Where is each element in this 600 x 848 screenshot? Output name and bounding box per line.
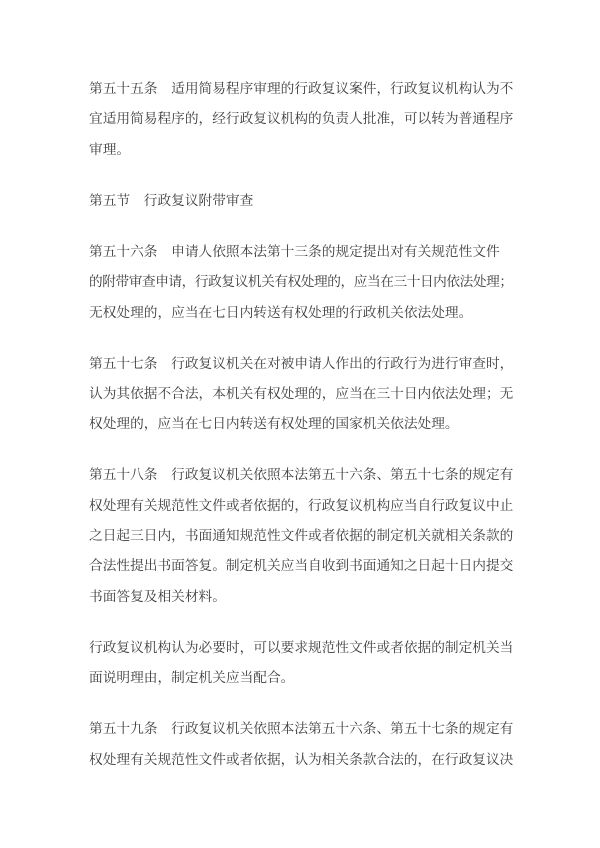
text-line: 无权处理的，应当在七日内转送有权处理的行政机关依法处理。: [89, 298, 513, 328]
text-line: 权处理有关规范性文件或者依据的，行政复议机构应当自行政复议中止: [89, 491, 513, 521]
section-heading-text: 第五节 行政复议附带审查: [89, 186, 513, 216]
text-line: 权处理有关规范性文件或者依据，认为相关条款合法的，在行政复议决: [89, 745, 513, 775]
text-line: 审理。: [89, 135, 513, 165]
article-57-paragraph: 第五十七条 行政复议机关在对被申请人作出的行政行为进行审查时， 认为其依据不合法…: [89, 349, 513, 440]
text-line: 行政复议机构认为必要时，可以要求规范性文件或者依据的制定机关当: [89, 633, 513, 663]
section-5-heading: 第五节 行政复议附带审查: [89, 186, 513, 216]
text-line: 的附带审查申请，行政复议机关有权处理的，应当在三十日内依法处理；: [89, 267, 513, 297]
text-line: 宜适用简易程序的，经行政复议机构的负责人批准，可以转为普通程序: [89, 104, 513, 134]
text-line: 合法性提出书面答复。制定机关应当自收到书面通知之日起十日内提交: [89, 551, 513, 581]
article-58-paragraph-2: 行政复议机构认为必要时，可以要求规范性文件或者依据的制定机关当 面说明理由，制定…: [89, 633, 513, 694]
document-page: 第五十五条 适用简易程序审理的行政复议案件，行政复议机构认为不 宜适用简易程序的…: [0, 0, 600, 848]
text-line: 面说明理由，制定机关应当配合。: [89, 663, 513, 693]
article-59-paragraph: 第五十九条 行政复议机关依照本法第五十六条、第五十七条的规定有 权处理有关规范性…: [89, 714, 513, 775]
text-line: 之日起三日内，书面通知规范性文件或者依据的制定机关就相关条款的: [89, 521, 513, 551]
article-56-paragraph: 第五十六条 申请人依照本法第十三条的规定提出对有关规范性文件 的附带审查申请，行…: [89, 237, 513, 328]
article-58-paragraph-1: 第五十八条 行政复议机关依照本法第五十六条、第五十七条的规定有 权处理有关规范性…: [89, 460, 513, 612]
article-55-paragraph: 第五十五条 适用简易程序审理的行政复议案件，行政复议机构认为不 宜适用简易程序的…: [89, 74, 513, 165]
text-line: 第五十九条 行政复议机关依照本法第五十六条、第五十七条的规定有: [89, 714, 513, 744]
text-line: 书面答复及相关材料。: [89, 582, 513, 612]
text-line: 认为其依据不合法，本机关有权处理的，应当在三十日内依法处理；无: [89, 379, 513, 409]
text-line: 权处理的，应当在七日内转送有权处理的国家机关依法处理。: [89, 409, 513, 439]
text-line: 第五十五条 适用简易程序审理的行政复议案件，行政复议机构认为不: [89, 74, 513, 104]
text-line: 第五十八条 行政复议机关依照本法第五十六条、第五十七条的规定有: [89, 460, 513, 490]
text-line: 第五十六条 申请人依照本法第十三条的规定提出对有关规范性文件: [89, 237, 513, 267]
text-line: 第五十七条 行政复议机关在对被申请人作出的行政行为进行审查时，: [89, 349, 513, 379]
